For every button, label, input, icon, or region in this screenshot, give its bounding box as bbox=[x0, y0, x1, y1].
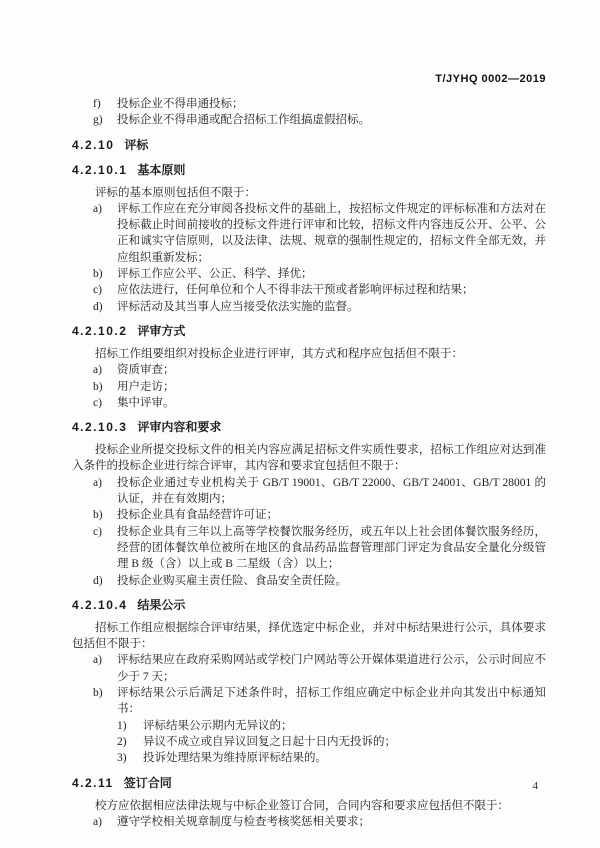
sublist-item: 3) 投诉处理结果为维持原评标结果的。 bbox=[117, 750, 546, 766]
section-heading: 4.2.10.4结果公示 bbox=[72, 597, 546, 614]
list-item: d) 投标企业购买雇主责任险、食品安全责任险。 bbox=[93, 573, 546, 589]
list-item-text: 资质审查； bbox=[117, 362, 546, 378]
document-page: T/JYHQ 0002—2019 f) 投标企业不得串通投标； g) 投标企业不… bbox=[0, 0, 600, 848]
list-item-text: 投标企业通过专业机构关于 GB/T 19001、GB/T 22000、GB/T … bbox=[117, 475, 546, 508]
list-item: d) 评标活动及其当事人应当接受依法实施的监督。 bbox=[93, 299, 546, 315]
list-item-text: 评标结果公示期内无异议的； bbox=[143, 718, 546, 734]
page-content: T/JYHQ 0002—2019 f) 投标企业不得串通投标； g) 投标企业不… bbox=[72, 72, 546, 830]
list-item-text: 投标企业不得串通或配合招标工作组搞虚假招标。 bbox=[117, 112, 546, 128]
section-number: 4.2.10.1 bbox=[72, 163, 127, 177]
standard-number: T/JYHQ 0002—2019 bbox=[72, 72, 546, 86]
section-heading: 4.2.10.1基本原则 bbox=[72, 162, 546, 179]
list-marker: b) bbox=[93, 507, 117, 523]
list-item: a) 遵守学校相关规章制度与检查考核奖惩相关要求； bbox=[93, 814, 546, 830]
section-title: 评审内容和要求 bbox=[137, 420, 221, 434]
list-marker: 3) bbox=[117, 750, 143, 766]
list-item-text: 集中评审。 bbox=[117, 395, 546, 411]
sublist-item: 1) 评标结果公示期内无异议的； bbox=[117, 718, 546, 734]
list-item-text: 异议不成立或自异议回复之日起十日内无投诉的； bbox=[143, 734, 546, 750]
list-item: b) 评标结果公示后满足下述条件时，招标工作组应确定中标企业并向其发出中标通知书… bbox=[93, 685, 546, 718]
paragraph: 评标的基本原则包括但不限于： bbox=[72, 185, 546, 201]
list-item: a) 评标结果应在政府采购网站或学校门户网站等公开媒体渠道进行公示，公示时间应不… bbox=[93, 652, 546, 685]
list-marker: d) bbox=[93, 573, 117, 589]
list-item-text: 投标企业购买雇主责任险、食品安全责任险。 bbox=[117, 573, 546, 589]
section-number: 4.2.10 bbox=[72, 138, 114, 152]
list-marker: a) bbox=[93, 814, 117, 830]
list-item: b) 投标企业具有食品经营许可证； bbox=[93, 507, 546, 523]
section-number: 4.2.10.4 bbox=[72, 598, 127, 612]
list-item-text: 用户走访； bbox=[117, 379, 546, 395]
list-marker: c) bbox=[93, 282, 117, 298]
section-number: 4.2.10.3 bbox=[72, 420, 127, 434]
list-marker: g) bbox=[93, 112, 117, 128]
paragraph: 招标工作组应根据综合评审结果，择优选定中标企业，并对中标结果进行公示，具体要求包… bbox=[72, 620, 546, 653]
list-item-text: 投标企业不得串通投标； bbox=[117, 96, 546, 112]
list-marker: c) bbox=[93, 524, 117, 573]
list-item-text: 评标结果应在政府采购网站或学校门户网站等公开媒体渠道进行公示，公示时间应不少于 … bbox=[117, 652, 546, 685]
list-marker: a) bbox=[93, 652, 117, 685]
section-heading: 4.2.11签订合同 bbox=[72, 775, 546, 792]
list-item-text: 评标结果公示后满足下述条件时，招标工作组应确定中标企业并向其发出中标通知书： bbox=[117, 685, 546, 718]
list-item-text: 应依法进行，任何单位和个人不得非法干预或者影响评标过程和结果； bbox=[117, 282, 546, 298]
list-item: f) 投标企业不得串通投标； bbox=[93, 96, 546, 112]
list-item: a) 资质审查； bbox=[93, 362, 546, 378]
section-title: 评审方式 bbox=[137, 324, 185, 338]
list-marker: b) bbox=[93, 266, 117, 282]
list-item: c) 投标企业具有三年以上高等学校餐饮服务经历，或五年以上社会团体餐饮服务经历，… bbox=[93, 524, 546, 573]
section-number: 4.2.10.2 bbox=[72, 324, 127, 338]
list-marker: d) bbox=[93, 299, 117, 315]
list-marker: 1) bbox=[117, 718, 143, 734]
list-item: c) 应依法进行，任何单位和个人不得非法干预或者影响评标过程和结果； bbox=[93, 282, 546, 298]
list-item: b) 评标工作应公平、公正、科学、择优； bbox=[93, 266, 546, 282]
list-marker: f) bbox=[93, 96, 117, 112]
list-item: a) 评标工作应在充分审阅各投标文件的基础上，按招标文件规定的评标标准和方法对在… bbox=[93, 201, 546, 266]
list-item-text: 评标工作应公平、公正、科学、择优； bbox=[117, 266, 546, 282]
list-marker: a) bbox=[93, 475, 117, 508]
list-item-text: 投标企业具有三年以上高等学校餐饮服务经历，或五年以上社会团体餐饮服务经历，经营的… bbox=[117, 524, 546, 573]
list-item-text: 投标企业具有食品经营许可证； bbox=[117, 507, 546, 523]
list-item-text: 投诉处理结果为维持原评标结果的。 bbox=[143, 750, 546, 766]
list-marker: c) bbox=[93, 395, 117, 411]
paragraph: 投标企业所提交投标文件的相关内容应满足招标文件实质性要求，招标工作组应对达到准入… bbox=[72, 442, 546, 475]
list-item: a) 投标企业通过专业机构关于 GB/T 19001、GB/T 22000、GB… bbox=[93, 475, 546, 508]
section-title: 结果公示 bbox=[137, 598, 185, 612]
page-number: 4 bbox=[533, 780, 539, 792]
section-heading: 4.2.10评标 bbox=[72, 137, 546, 154]
list-marker: b) bbox=[93, 379, 117, 395]
list-item: b) 用户走访； bbox=[93, 379, 546, 395]
list-item-text: 遵守学校相关规章制度与检查考核奖惩相关要求； bbox=[117, 814, 546, 830]
section-heading: 4.2.10.3评审内容和要求 bbox=[72, 419, 546, 436]
list-item: g) 投标企业不得串通或配合招标工作组搞虚假招标。 bbox=[93, 112, 546, 128]
list-item-text: 评标活动及其当事人应当接受依法实施的监督。 bbox=[117, 299, 546, 315]
list-marker: a) bbox=[93, 362, 117, 378]
section-title: 基本原则 bbox=[137, 163, 185, 177]
section-title: 评标 bbox=[124, 138, 148, 152]
section-title: 签订合同 bbox=[124, 776, 172, 790]
paragraph: 校方应依据相应法律法规与中标企业签订合同，合同内容和要求应包括但不限于： bbox=[72, 798, 546, 814]
section-heading: 4.2.10.2评审方式 bbox=[72, 323, 546, 340]
list-item: c) 集中评审。 bbox=[93, 395, 546, 411]
section-number: 4.2.11 bbox=[72, 776, 114, 790]
list-marker: 2) bbox=[117, 734, 143, 750]
list-marker: b) bbox=[93, 685, 117, 718]
list-marker: a) bbox=[93, 201, 117, 266]
list-item-text: 评标工作应在充分审阅各投标文件的基础上，按招标文件规定的评标标准和方法对在投标截… bbox=[117, 201, 546, 266]
paragraph: 招标工作组要组织对投标企业进行评审，其方式和程序应包括但不限于： bbox=[72, 346, 546, 362]
sublist-item: 2) 异议不成立或自异议回复之日起十日内无投诉的； bbox=[117, 734, 546, 750]
